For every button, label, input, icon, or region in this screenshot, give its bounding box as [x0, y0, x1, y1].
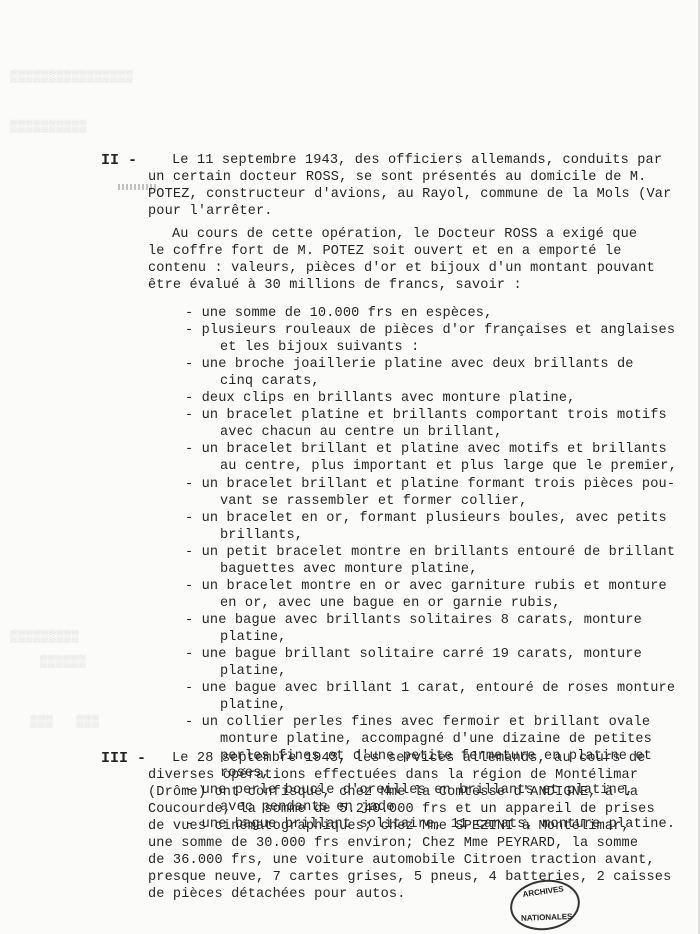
text-line: un certain docteur ROSS, se sont présent… [148, 170, 646, 186]
bleed-through-text: ▒▒▒ ▒▒▒ [30, 715, 99, 729]
text-line: Le 28 septembre 1943, les services allem… [172, 751, 646, 767]
text-line: au centre, plus important et plus large … [220, 459, 677, 475]
text-line: contenu : valeurs, pièces d'or et bijoux… [148, 261, 655, 277]
text-line: presque neuve, 7 cartes grises, 5 pneus,… [148, 870, 671, 886]
text-line: - une bague avec brillants solitaires 8 … [185, 613, 642, 629]
text-line: vant se rassembler et former collier, [220, 494, 527, 510]
text-line: avec chacun au centre un brillant, [220, 425, 502, 441]
text-line: POTEZ, constructeur d'avions, au Rayol, … [148, 187, 671, 203]
bleed-through-text: ▒▒▒▒▒▒▒▒▒▒ [10, 120, 87, 134]
stamp-bottom-text: NATIONALES [514, 912, 580, 923]
text-line: - un petit bracelet montre en brillants … [185, 545, 675, 561]
section-number-ii: II - [101, 152, 137, 169]
text-line: - deux clips en brillants avec monture p… [185, 391, 575, 407]
text-line: - un bracelet platine et brillants compo… [185, 408, 667, 424]
text-line: platine, [220, 698, 286, 714]
text-line: baguettes avec monture platine, [220, 562, 478, 578]
text-line: le coffre fort de M. POTEZ soit ouvert e… [148, 244, 622, 260]
text-line: - un collier perles fines avec fermoir e… [185, 715, 650, 731]
text-line: platine, [220, 630, 286, 646]
text-line: - un bracelet brillant et platine forman… [185, 477, 675, 493]
text-line: - une broche joaillerie platine avec deu… [185, 357, 634, 373]
text-line: - une somme de 10.000 frs en espèces, [185, 306, 492, 322]
text-line: Au cours de cette opération, le Docteur … [172, 227, 637, 243]
text-line: brillants, [220, 528, 303, 544]
text-line: - un bracelet brillant et platine avec m… [185, 442, 667, 458]
bleed-through-text: ▒▒▒▒▒▒▒▒▒▒▒▒▒▒▒▒ [10, 70, 133, 84]
text-line: (Drôme) ont confisqué, chez Mme la Comte… [148, 785, 638, 801]
text-line: Coucourde, la somme de 5.240.000 frs et … [148, 802, 655, 818]
text-line: de 36.000 frs, une voiture automobile Ci… [148, 853, 655, 869]
text-line: - une bague avec brillant 1 carat, entou… [185, 681, 675, 697]
text-line: être évalué à 30 millions de francs, sav… [148, 278, 522, 294]
text-line: une somme de 30.000 frs environ; Chez Mm… [148, 836, 638, 852]
text-line: - un bracelet montre en or avec garnitur… [185, 579, 667, 595]
text-line: monture platine, accompagné d'une dizain… [220, 732, 652, 748]
text-line: - un bracelet en or, formant plusieurs b… [185, 511, 667, 527]
text-line: et les bijoux suivants : [220, 340, 419, 356]
text-line: de pièces détachées pour autos. [148, 887, 406, 903]
text-line: en or, avec une bague en or garnie rubis… [220, 596, 561, 612]
bleed-through-text: ▒▒▒▒▒▒▒▒▒ [10, 630, 79, 644]
text-line: pour l'arrêter. [148, 204, 273, 220]
text-line: diverses opérations effectuées dans la r… [148, 768, 638, 784]
document-page: ▒▒▒▒▒▒▒▒▒▒▒▒▒▒▒▒ ▒▒▒▒▒▒▒▒▒▒ ▒▒▒▒▒▒▒▒▒ ▒▒… [0, 0, 700, 934]
section-number-iii: III - [101, 750, 146, 767]
bleed-through-text: ▒▒▒▒▒▒ [40, 655, 86, 669]
text-line: - plusieurs rouleaux de pièces d'or fran… [185, 323, 675, 339]
text-line: platine, [220, 664, 286, 680]
text-line: - une bague brillant solitaire carré 19 … [185, 647, 642, 663]
text-line: Le 11 septembre 1943, des officiers alle… [172, 153, 662, 169]
text-line: de vues cinématographiques; chez Mme SPE… [148, 819, 630, 835]
text-line: cinq carats, [220, 374, 320, 390]
